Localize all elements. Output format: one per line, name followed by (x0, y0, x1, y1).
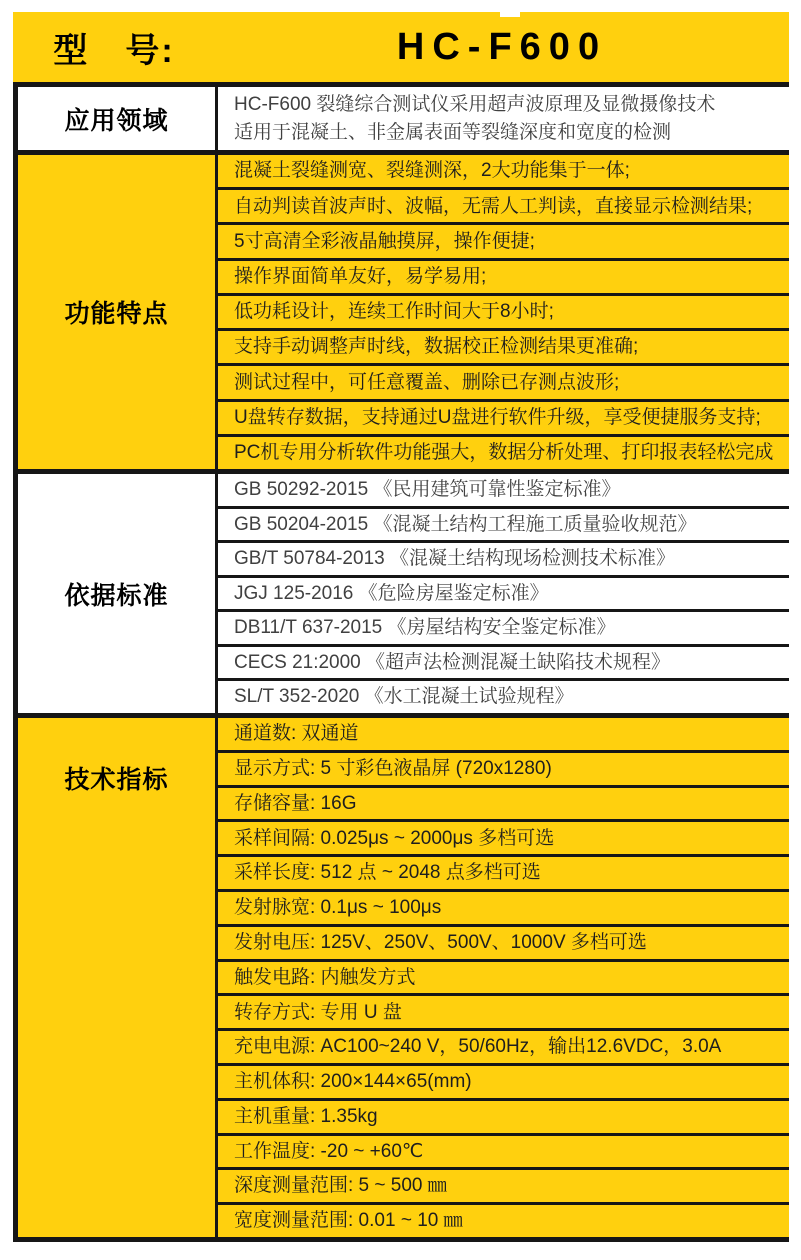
spec-row: 工作温度: -20 ~ +60℃ (218, 1133, 789, 1168)
spec-row: 宽度测量范围: 0.01 ~ 10 ㎜ (218, 1202, 789, 1237)
spec-row: 测试过程中，可任意覆盖、删除已存测点波形; (218, 363, 789, 398)
spec-row-text: GB 50204-2015 《混凝土结构工程施工质量验收规范》 (234, 511, 696, 539)
spec-row: 发射电压: 125V、250V、500V、1000V 多档可选 (218, 924, 789, 959)
spec-row: SL/T 352-2020 《水工混凝土试验规程》 (218, 678, 789, 713)
spec-row-text: 支持手动调整声时线，数据校正检测结果更准确; (234, 333, 638, 361)
spec-row-text: 通道数: 双通道 (234, 720, 359, 748)
spec-row-text: 发射脉宽: 0.1μs ~ 100μs (234, 894, 441, 922)
spec-table-body: 应用领域 HC-F600 裂缝综合测试仪采用超声波原理及显微摄像技术 适用于混凝… (13, 82, 789, 1242)
spec-section-standards: 依据标准 GB 50292-2015 《民用建筑可靠性鉴定标准》GB 50204… (13, 469, 789, 713)
spec-row-text: 工作温度: -20 ~ +60℃ (234, 1138, 423, 1166)
spec-row-text: SL/T 352-2020 《水工混凝土试验规程》 (234, 683, 574, 711)
spec-row-text: 宽度测量范围: 0.01 ~ 10 ㎜ (234, 1207, 463, 1235)
spec-row: GB 50204-2015 《混凝土结构工程施工质量验收规范》 (218, 506, 789, 541)
spec-row-text: 深度测量范围: 5 ~ 500 ㎜ (234, 1172, 447, 1200)
spec-row: 通道数: 双通道 (218, 718, 789, 750)
spec-row-text: PC机专用分析软件功能强大，数据分析处理、打印报表轻松完成 (234, 439, 773, 467)
spec-row: PC机专用分析软件功能强大，数据分析处理、打印报表轻松完成 (218, 434, 789, 469)
spec-row-text: CECS 21:2000 《超声法检测混凝土缺陷技术规程》 (234, 649, 670, 677)
spec-row-text: 操作界面简单友好，易学易用; (234, 263, 486, 291)
spec-row: 显示方式: 5 寸彩色液晶屏 (720x1280) (218, 750, 789, 785)
spec-row: 充电电源: AC100~240 V，50/60Hz，输出12.6VDC，3.0A (218, 1028, 789, 1063)
spec-row-text: U盘转存数据，支持通过U盘进行软件升级，享受便捷服务支持; (234, 404, 761, 432)
spec-row-text: JGJ 125-2016 《危险房屋鉴定标准》 (234, 580, 549, 608)
spec-row-text: 5寸高清全彩液晶触摸屏，操作便捷; (234, 228, 535, 256)
section-rows: HC-F600 裂缝综合测试仪采用超声波原理及显微摄像技术 适用于混凝土、非金属… (215, 87, 789, 150)
spec-row: 自动判读首波声时、波幅，无需人工判读，直接显示检测结果; (218, 187, 789, 222)
spec-row: JGJ 125-2016 《危险房屋鉴定标准》 (218, 575, 789, 610)
spec-row-text: GB/T 50784-2013 《混凝土结构现场检测技术标准》 (234, 545, 675, 573)
spec-row-text: 转存方式: 专用 U 盘 (234, 999, 402, 1027)
spec-row: 采样间隔: 0.025μs ~ 2000μs 多档可选 (218, 819, 789, 854)
section-label: 功能特点 (18, 155, 215, 469)
spec-row: 转存方式: 专用 U 盘 (218, 993, 789, 1028)
spec-row-text: 采样间隔: 0.025μs ~ 2000μs 多档可选 (234, 825, 554, 853)
section-label: 依据标准 (18, 474, 215, 713)
spec-row: 低功耗设计，连续工作时间大于8小时; (218, 293, 789, 328)
spec-row-text: 显示方式: 5 寸彩色液晶屏 (720x1280) (234, 755, 552, 783)
spec-row: GB/T 50784-2013 《混凝土结构现场检测技术标准》 (218, 540, 789, 575)
spec-section-specs: 技术指标 通道数: 双通道显示方式: 5 寸彩色液晶屏 (720x1280)存储… (13, 713, 789, 1237)
spec-row-text: DB11/T 637-2015 《房屋结构安全鉴定标准》 (234, 614, 616, 642)
spec-row-text: 存储容量: 16G (234, 790, 356, 818)
spec-row: 采样长度: 512 点 ~ 2048 点多档可选 (218, 854, 789, 889)
spec-row: 存储容量: 16G (218, 785, 789, 820)
section-rows: 混凝土裂缝测宽、裂缝测深，2大功能集于一体;自动判读首波声时、波幅，无需人工判读… (215, 155, 789, 469)
spec-row-text: 发射电压: 125V、250V、500V、1000V 多档可选 (234, 929, 647, 957)
spec-row: 触发电路: 内触发方式 (218, 959, 789, 994)
section-label: 应用领域 (18, 87, 215, 150)
spec-section-features: 功能特点 混凝土裂缝测宽、裂缝测深，2大功能集于一体;自动判读首波声时、波幅，无… (13, 150, 789, 469)
spec-row: 支持手动调整声时线，数据校正检测结果更准确; (218, 328, 789, 363)
spec-row: 深度测量范围: 5 ~ 500 ㎜ (218, 1167, 789, 1202)
model-value: HC-F600 (397, 26, 607, 69)
spec-row: 混凝土裂缝测宽、裂缝测深，2大功能集于一体; (218, 155, 789, 187)
spec-row-text: 主机体积: 200×144×65(mm) (234, 1068, 472, 1096)
spec-row-text: 主机重量: 1.35kg (234, 1103, 378, 1131)
section-label: 技术指标 (18, 718, 215, 1237)
section-rows: GB 50292-2015 《民用建筑可靠性鉴定标准》GB 50204-2015… (215, 474, 789, 713)
spec-row: CECS 21:2000 《超声法检测混凝土缺陷技术规程》 (218, 644, 789, 679)
spec-row-text: GB 50292-2015 《民用建筑可靠性鉴定标准》 (234, 476, 620, 504)
spec-row-text: HC-F600 裂缝综合测试仪采用超声波原理及显微摄像技术 适用于混凝土、非金属… (234, 91, 715, 146)
spec-row: HC-F600 裂缝综合测试仪采用超声波原理及显微摄像技术 适用于混凝土、非金属… (218, 87, 789, 150)
spec-row-text: 充电电源: AC100~240 V，50/60Hz，输出12.6VDC，3.0A (234, 1033, 721, 1061)
spec-row: 5寸高清全彩液晶触摸屏，操作便捷; (218, 222, 789, 257)
section-rows: 通道数: 双通道显示方式: 5 寸彩色液晶屏 (720x1280)存储容量: 1… (215, 718, 789, 1237)
spec-row-text: 触发电路: 内触发方式 (234, 964, 416, 992)
spec-row: 操作界面简单友好，易学易用; (218, 258, 789, 293)
spec-row: 发射脉宽: 0.1μs ~ 100μs (218, 889, 789, 924)
spec-row: DB11/T 637-2015 《房屋结构安全鉴定标准》 (218, 609, 789, 644)
spec-row: U盘转存数据，支持通过U盘进行软件升级，享受便捷服务支持; (218, 399, 789, 434)
spec-row: 主机重量: 1.35kg (218, 1098, 789, 1133)
model-header-row: 型 号: HC-F600 (13, 12, 789, 82)
spec-section-application: 应用领域 HC-F600 裂缝综合测试仪采用超声波原理及显微摄像技术 适用于混凝… (13, 82, 789, 150)
spec-row-text: 采样长度: 512 点 ~ 2048 点多档可选 (234, 859, 541, 887)
spec-row-text: 自动判读首波声时、波幅，无需人工判读，直接显示检测结果; (234, 193, 752, 221)
model-label: 型 号: (53, 23, 174, 72)
spec-row-text: 低功耗设计，连续工作时间大于8小时; (234, 298, 554, 326)
model-label-cell: 型 号: (13, 23, 215, 72)
spec-row: 主机体积: 200×144×65(mm) (218, 1063, 789, 1098)
model-value-cell: HC-F600 (215, 26, 789, 69)
top-edge-notch (500, 12, 520, 17)
spec-row-text: 混凝土裂缝测宽、裂缝测深，2大功能集于一体; (234, 157, 630, 185)
spec-row-text: 测试过程中，可任意覆盖、删除已存测点波形; (234, 369, 619, 397)
spec-sheet: 型 号: HC-F600 应用领域 HC-F600 裂缝综合测试仪采用超声波原理… (13, 12, 789, 1242)
spec-row: GB 50292-2015 《民用建筑可靠性鉴定标准》 (218, 474, 789, 506)
